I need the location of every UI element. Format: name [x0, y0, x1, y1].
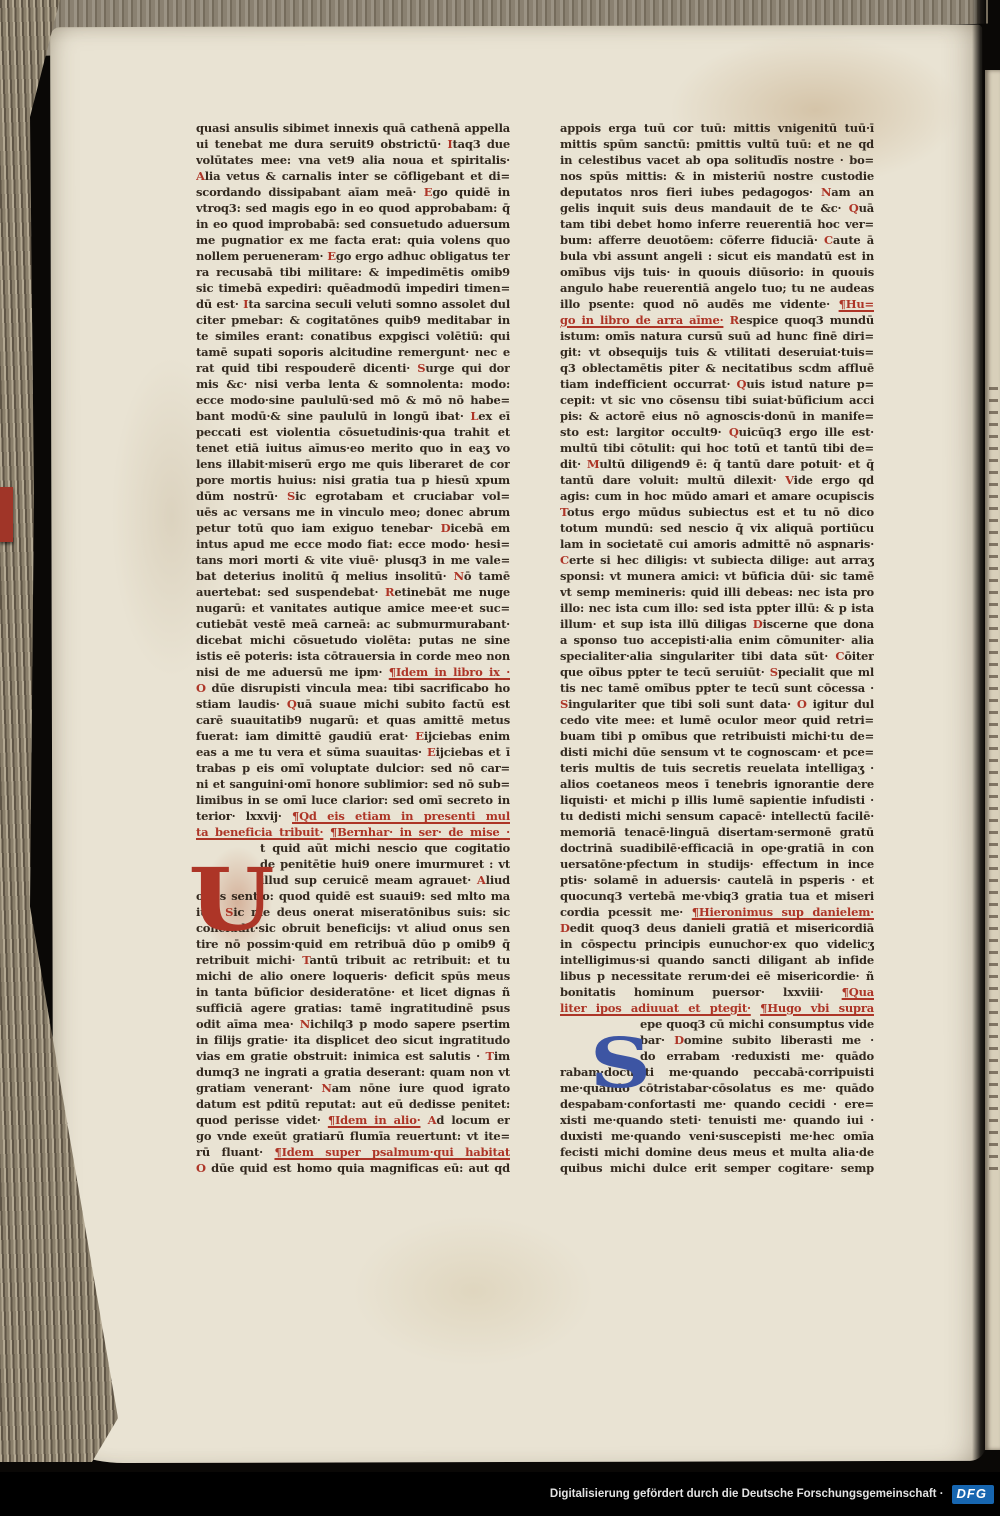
text-line: a sponso tuo accepisti·alia enim cōmunit… [560, 632, 874, 648]
text-line: ecce modo·sine paululū·sed mō & mō nō ha… [196, 392, 510, 408]
text-line: angulo habe reuerentiā angelo tuo; tu ne… [560, 280, 874, 296]
text-line: in filijs gratie· ita displicet deo sicu… [196, 1032, 510, 1048]
text-line: multū tibi cōtulit: qui hoc totū et tant… [560, 440, 874, 456]
text-line: citer pmebar: & cogitatōnes quib9 medita… [196, 312, 510, 328]
text-line: xisti me·quando steti· tenuisti me· quan… [560, 1112, 874, 1128]
text-line: dū est· Ita sarcina seculi veluti somno … [196, 296, 510, 312]
text-line: tenet etiā iuitus aīmus·eo merito quo in… [196, 440, 510, 456]
text-line: totum mundū: sed nescio q̄ vix aliquā po… [560, 520, 874, 536]
text-line: ta beneficia tribuit· ¶Bernhar· in ser· … [196, 824, 510, 840]
text-line: sponsi: vt munera amici: vt būficia dūi·… [560, 568, 874, 584]
text-line: istum: omīs natura cursū suū ad hunc fin… [560, 328, 874, 344]
text-line: epe quoq3 cū michi consumptus vide [560, 1016, 874, 1032]
text-line: quibus michi dulce erit semper cogitare·… [560, 1160, 874, 1176]
text-line: quocunq3 vertebā me·vbiq3 gratia tua et … [560, 888, 874, 904]
text-column-right: appois erga tuū cor tuū: mittis vnigenit… [560, 120, 874, 1176]
text-line: intus apud me ecce modo fiat: ecce modo·… [196, 536, 510, 552]
text-line: te similes erant: conatibus expgisci vol… [196, 328, 510, 344]
text-line: fecisti michi domine deus meus et multa … [560, 1144, 874, 1160]
text-line: istis eē poteris: ista cōtrauersia in co… [196, 648, 510, 664]
text-line: peccati est violentia cōsuetudinis·qua t… [196, 424, 510, 440]
text-line: agis: cum in hoc mūdo amari et amare ocu… [560, 488, 874, 504]
text-line: duxisti me·quando veni·suscepisti me·hec… [560, 1128, 874, 1144]
text-line: gratiam venerant· Nam nōne iure quod igr… [196, 1080, 510, 1096]
text-line: de penitētie hui9 onere imurmuret : vt [196, 856, 510, 872]
text-line: t quid aūt michi nescio que cogitatio [196, 840, 510, 856]
text-line: cedo vite mee: et lumē oculor meor quid … [560, 712, 874, 728]
paper-stain [353, 1216, 593, 1367]
text-line: odit aīma mea· Nichilq3 p modo sapere ps… [196, 1016, 510, 1032]
text-line: cordia pcessit me· ¶Hieronimus sup danie… [560, 904, 874, 920]
text-line: go in libro de arra aīme· Respice quoq3 … [560, 312, 874, 328]
text-line: quod perisse videt· ¶Idem in alio· Ad lo… [196, 1112, 510, 1128]
text-line: mittis spūm sanctū: pmittis vultū tuū: e… [560, 136, 874, 152]
text-line: tantū dare voluit: multū dilexit· Vide e… [560, 472, 874, 488]
text-line: stiam laudis· Quā suaue michi subito fac… [196, 696, 510, 712]
text-line: gelis inquit suis deus mandauit de te &c… [560, 200, 874, 216]
text-line: Totus ergo mūdus subiectus est et tu nō … [560, 504, 874, 520]
text-column-left: quasi ansulis sibimet innexis quā cathen… [196, 120, 510, 1176]
text-line: doctrinā suadibilē·efficaciā in ope·grat… [560, 840, 874, 856]
text-line: tire nō possim·quid em retribuā dūo p om… [196, 936, 510, 952]
text-line: sic timebā expediri: quēadmodū impediri … [196, 280, 510, 296]
text-line: bonitatis hominum puersor· lxxviii· ¶Qua [560, 984, 874, 1000]
facing-page-sliver [985, 70, 1000, 1450]
text-line: git: vt obsequijs tuis & vtilitati deser… [560, 344, 874, 360]
text-line: appois erga tuū cor tuū: mittis vnigenit… [560, 120, 874, 136]
text-line: Alia vetus & carnalis inter se cōfligeba… [196, 168, 510, 184]
text-line: uersatōne·pfectum in studijs· effectum i… [560, 856, 874, 872]
text-line: retribuit michi· Tantū tribuit ac retrib… [196, 952, 510, 968]
text-line: lam in societatē cui amoris admittē nō a… [560, 536, 874, 552]
text-line: cepit: vt sic vno cōsensu tibi suiat·būf… [560, 392, 874, 408]
facing-page-text-fragments [989, 380, 998, 1170]
text-line: lens illabit·miserū ergo me quis liberar… [196, 456, 510, 472]
text-line: tamē supati soporis alcitudine remergunt… [196, 344, 510, 360]
text-line: dicebat michi cōsuetudo violēta: putas n… [196, 632, 510, 648]
text-line: memoriā tenacē·linguā disertam·sermonē g… [560, 824, 874, 840]
text-line: ni et sanguini·omī honore sublimior: sed… [196, 776, 510, 792]
text-line: in celestibus vacet ab opa solitudīs nos… [560, 152, 874, 168]
text-line: datum est pditū reputat: aut eū dedisse … [196, 1096, 510, 1112]
text-line: sufficiā agere gratias: tamē ingratitudi… [196, 1000, 510, 1016]
text-line: fuerat: iam dimittē gaudiū erat· Eijcieb… [196, 728, 510, 744]
dfg-caption: Digitalisierung gefördert durch die Deut… [550, 1488, 944, 1500]
text-line: Certe si hec diligis: vt subiecta dilige… [560, 552, 874, 568]
book-gutter-shadow [972, 0, 986, 1462]
text-line: dumq3 ne ingrati a gratia deserant: quam… [196, 1064, 510, 1080]
text-line: disti michi dūe sensum vt te cognoscam· … [560, 744, 874, 760]
text-line: petur totū quo iam exiguo tenebar· Diceb… [196, 520, 510, 536]
text-line: despabam·confortasti me· quando cecidi ·… [560, 1096, 874, 1112]
text-line: ra recusabā tibi militare: & impedimētis… [196, 264, 510, 280]
text-line: tans mori morti & vite viuē· plusq3 in m… [196, 552, 510, 568]
text-line: uēs ac versans me in vinculo meo; donec … [196, 504, 510, 520]
text-line: rū fluant· ¶Idem super psalmum·qui habit… [196, 1144, 510, 1160]
text-line: Singulariter que tibi soli sunt data· O … [560, 696, 874, 712]
text-line: teris multis de tuis secretis reuelata i… [560, 760, 874, 776]
text-line: nisi de me aduersū me ipm· ¶Idem in libr… [196, 664, 510, 680]
dfg-logo: DFG [952, 1485, 994, 1504]
text-line: deputatos nros fieri iubes pedagogos· Na… [560, 184, 874, 200]
text-line: pis: & actorē eius nō agnoscis·donū in m… [560, 408, 874, 424]
text-line: in eo quod improbabā: sed consuetudo adu… [196, 216, 510, 232]
text-line: in tanta būficior desideratōne· et licet… [196, 984, 510, 1000]
text-line: nollem perueneram· Ego ergo adhuc obliga… [196, 248, 510, 264]
text-line: tu dedisti michi sensum capacē· intellec… [560, 808, 874, 824]
text-line: do errabam ·reduxisti me· quādo igno [560, 1048, 874, 1064]
text-line: in cōspectu principis eunuchor·ex quo vi… [560, 936, 874, 952]
text-line: dit· Multū diligend9 ē: q̄ tantū dare po… [560, 456, 874, 472]
text-line: bant modū·& sine paululū in longū ibat· … [196, 408, 510, 424]
text-line: ius· Sic me deus onerat miseratōnibus su… [196, 904, 510, 920]
text-line: limibus in se omī luce clarior: sed omī … [196, 792, 510, 808]
text-line: sto est: largitor occult9· Quicūq3 ergo … [560, 424, 874, 440]
text-line: concludit·sic obruit beneficijs: vt aliu… [196, 920, 510, 936]
text-line: pore mortis huius: nisi gratia tua p hie… [196, 472, 510, 488]
text-line: terior· lxxvij· ¶Qd eis etiam in present… [196, 808, 510, 824]
text-line: onus sentio: quod quidē est suaui9: sed … [196, 888, 510, 904]
text-line: buam tibi p omībus que retribuisti michi… [560, 728, 874, 744]
text-line: me·quando cōtristabar·cōsolatus es me· q… [560, 1080, 874, 1096]
text-line: vias em gratie obstruit: inimica est sal… [196, 1048, 510, 1064]
text-line: auertebat: sed suspendebat· Retinebāt me… [196, 584, 510, 600]
text-line: illo psente: quod nō audēs me vidente· ¶… [560, 296, 874, 312]
text-line: nugarū: et vanitates autique amice mee·e… [196, 600, 510, 616]
text-line: michi de alio onere loqueris· deficit sp… [196, 968, 510, 984]
text-line: quasi ansulis sibimet innexis quā cathen… [196, 120, 510, 136]
text-line: illud sup ceruicē meam agrauet· Aliud [196, 872, 510, 888]
text-line: tam tibi debet homo inferre reuerentiā h… [560, 216, 874, 232]
text-line: vtroq3: sed magis ego in eo quod approba… [196, 200, 510, 216]
text-line: illum· et sup ista illū diligas Discerne… [560, 616, 874, 632]
text-line: tiam indefficient occurrat· Quis istud n… [560, 376, 874, 392]
text-line: bum: afferre deuotōem: cōferre fiduciā· … [560, 232, 874, 248]
text-line: specialiter·alia singulariter tibi data … [560, 648, 874, 664]
text-line: rat quid tibi respouderē dicenti· Surge … [196, 360, 510, 376]
text-line: tis nec tamē omībus ppter te tecū sunt c… [560, 680, 874, 696]
text-line: vt semp memineris: quid illi debeas: nec… [560, 584, 874, 600]
text-line: que oībus ppter te tecū seruiūt· Special… [560, 664, 874, 680]
text-line: volūtates mee: vna vet9 alia noua et spi… [196, 152, 510, 168]
attribution-bar: Digitalisierung gefördert durch die Deut… [0, 1472, 1000, 1516]
text-line: intelligimus·si quando sancti diligant a… [560, 952, 874, 968]
text-line: bat deterius inolitū q̄ melius insolitū·… [196, 568, 510, 584]
text-line: carē suauitatib9 nugarū: et quas amittē … [196, 712, 510, 728]
text-line: cutiebāt vestē meā carneā: ac submurmura… [196, 616, 510, 632]
text-line: nos spūs mittis: & in misteriū nostre cu… [560, 168, 874, 184]
text-line: ptis· solamē in aduersis· cautelā in psp… [560, 872, 874, 888]
text-line: omībus vijs tuis· in quouis diūsorio: in… [560, 264, 874, 280]
text-line: eas a me tu vera et sūma suauitas· Eijci… [196, 744, 510, 760]
manuscript-scan: quasi ansulis sibimet innexis quā cathen… [0, 0, 1000, 1516]
text-line: illo: nec ista cum illo: sed ista ppter … [560, 600, 874, 616]
text-line: q3 oblectamētis piter & necitatibus scdm… [560, 360, 874, 376]
text-line: alios coetaneos meos ī tenebris ignorant… [560, 776, 874, 792]
text-line: liquisti· et michi p illis lumē sapienti… [560, 792, 874, 808]
text-line: scordando dissipabant aīam meā· Ego quid… [196, 184, 510, 200]
text-line: me pugnatior ex me facta erat: quia vole… [196, 232, 510, 248]
text-line: O dūe quid est homo quia magnificas eū: … [196, 1160, 510, 1176]
text-line: go vnde exeūt gratiarū flumīa reuertunt:… [196, 1128, 510, 1144]
text-line: Dedit quoq3 deus danieli gratiā et miser… [560, 920, 874, 936]
text-line: rabam·docuisti me·quando peccabā·corripu… [560, 1064, 874, 1080]
text-line: ui tenebat me dura seruit9 obstrictū· It… [196, 136, 510, 152]
text-line: bula vbi assunt angeli : sicut eis manda… [560, 248, 874, 264]
text-line: libus p necessitate rerum·dei eē miseric… [560, 968, 874, 984]
text-line: trabas p eis omī voluptate dulcior: sed … [196, 760, 510, 776]
text-line: dūm nostrū· Sic egrotabam et cruciabar v… [196, 488, 510, 504]
text-line: mis &c· nisi verba lenta & somnolenta: m… [196, 376, 510, 392]
bookmark-tab [0, 487, 13, 542]
text-line: O dūe disrupisti vincula mea: tibi sacri… [196, 680, 510, 696]
text-line: liter ipos adiuuat et ptegit· ¶Hugo vbi … [560, 1000, 874, 1016]
text-line: bar· Domine subito liberasti me · quan [560, 1032, 874, 1048]
